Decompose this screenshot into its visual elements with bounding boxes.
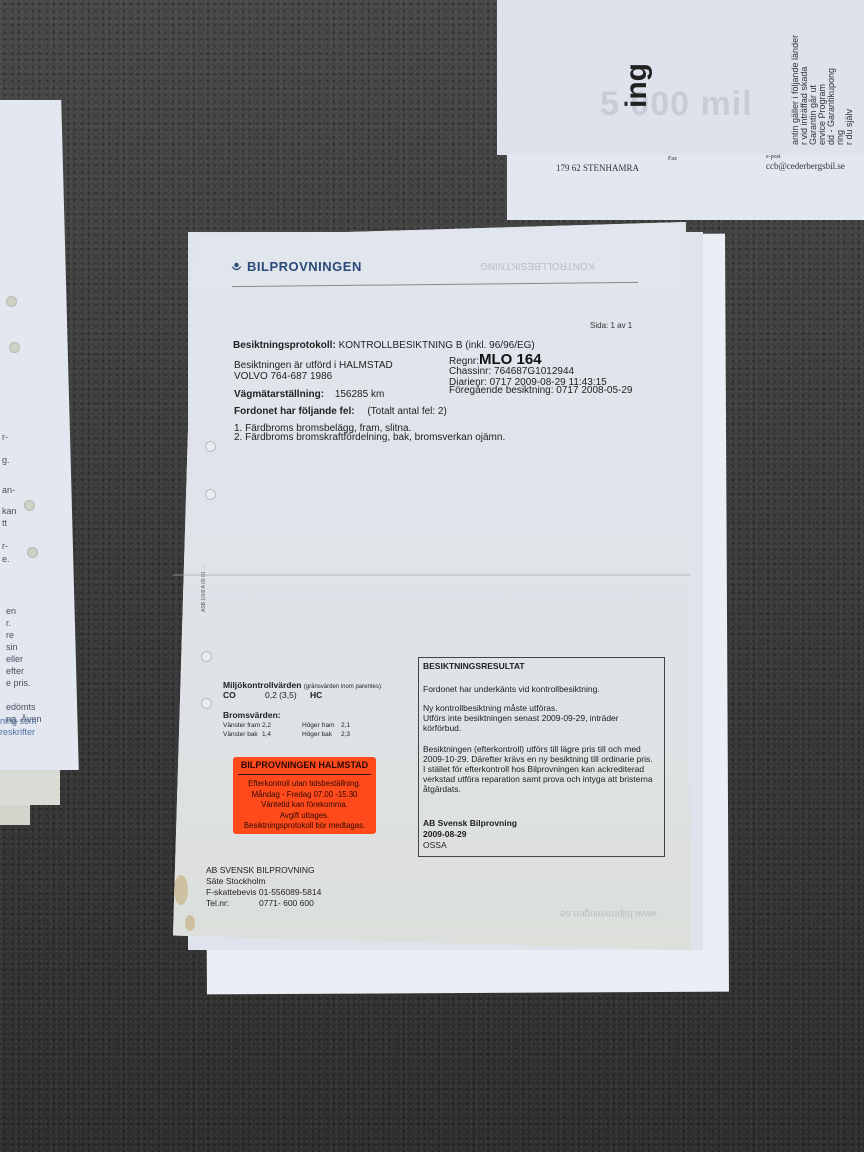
paper-fold xyxy=(173,574,691,576)
brake-right-rear-value: 2,3 xyxy=(341,731,350,738)
co-label: CO xyxy=(223,690,236,700)
result-title: BESIKTNINGSRESULTAT xyxy=(423,661,525,671)
fax-label: Fax xyxy=(668,156,677,162)
left-sheet-fragment: re xyxy=(6,630,14,641)
hc-label: HC xyxy=(310,690,322,700)
result-line: Utförs inte besiktningen senast 2009-09-… xyxy=(423,713,619,723)
brake-left-rear-value: 1,4 xyxy=(262,731,271,738)
punch-hole xyxy=(9,342,20,353)
left-sheet-fragment: sin xyxy=(6,642,18,653)
left-sheet-fragment: ning som xyxy=(0,716,37,727)
left-sheet-fragment: efter xyxy=(6,666,24,677)
orange-notice-sticker: BILPROVNINGEN HALMSTAD Efterkontroll uta… xyxy=(233,757,376,834)
odometer-value: 156285 km xyxy=(335,389,384,400)
protocol-label: Besiktningsprotokoll: xyxy=(233,340,336,351)
paper-stain xyxy=(185,915,195,931)
punch-hole xyxy=(27,547,38,558)
left-sheet-fragment: edömts xyxy=(6,702,36,713)
left-sheet-fragment: e pris. xyxy=(6,678,31,689)
footer-company: AB SVENSK BILPROVNING xyxy=(206,865,315,875)
notice-line: Måndag - Fredag 07.00 -15.30 xyxy=(233,790,376,801)
address-text: 179 62 STENHAMRA xyxy=(556,163,639,173)
paper-stain xyxy=(174,875,188,905)
result-line: verkstad utföra reparation samt prova oc… xyxy=(423,774,653,784)
notice-line: Besiktningsprotokoll bör medtagas. xyxy=(233,821,376,832)
left-sheet-fragment: r- xyxy=(2,432,8,443)
footer-tel-value: 0771- 600 600 xyxy=(259,898,314,908)
result-status: Fordonet har underkänts vid kontrollbesi… xyxy=(423,684,600,694)
result-line: Ny kontrollbesiktning måste utföras. xyxy=(423,703,558,713)
result-signer: AB Svensk Bilprovning xyxy=(423,818,517,828)
result-line: åtgärdats. xyxy=(423,784,461,794)
inspection-location: Besiktningen är utförd i HALMSTAD xyxy=(234,360,393,371)
faults-total: (Totalt antal fel: 2) xyxy=(367,406,446,417)
result-line: 2009-10-29. Därefter krävs en ny besiktn… xyxy=(423,754,653,764)
left-sheet-fragment: e. xyxy=(2,554,10,565)
punch-hole xyxy=(205,441,216,452)
email-label: e-post xyxy=(766,154,781,160)
left-sheet-fragment: tt xyxy=(2,518,7,529)
left-sheet-fragment: eller xyxy=(6,654,23,665)
brake-right-front-value: 2,1 xyxy=(341,722,350,729)
punch-hole xyxy=(205,489,216,500)
left-sheet-fragment: g. xyxy=(2,455,10,466)
left-sheet-fragment: kan xyxy=(2,506,17,517)
left-sheet-fragment: r. xyxy=(6,618,11,629)
punch-hole xyxy=(24,500,35,511)
co-value: 0,2 (3,5) xyxy=(265,690,297,700)
notice-title: BILPROVNINGEN HALMSTAD xyxy=(233,760,376,770)
brake-left-front-value: 2,2 xyxy=(262,722,271,729)
result-line: Besiktningen (efterkontroll) utförs till… xyxy=(423,744,641,754)
inspection-result-box: BESIKTNINGSRESULTAT Fordonet har underkä… xyxy=(418,657,665,857)
punch-hole xyxy=(6,296,17,307)
punch-hole xyxy=(201,698,212,709)
notice-line: Avgift uttages. xyxy=(233,811,376,822)
vertical-word: ing xyxy=(620,63,654,108)
fault-item: 2. Färdbroms bromskraftfördelning, bak, … xyxy=(234,432,505,443)
notice-divider xyxy=(238,774,371,775)
notice-body: Efterkontroll utan tidsbeställning. Månd… xyxy=(233,779,376,832)
left-sheet-fragment: en xyxy=(6,606,16,617)
side-text-line: r du själv xyxy=(844,109,854,145)
brake-right-rear-label: Höger bak xyxy=(302,731,332,738)
result-line: I stället för efterkontroll hos Bilprovn… xyxy=(423,764,644,774)
brakes-label: Bromsvärden: xyxy=(223,710,281,720)
left-sheet-fragment: reskrifter xyxy=(0,727,35,738)
odometer-label: Vägmätarställning: xyxy=(234,389,324,400)
punch-hole xyxy=(201,651,212,662)
result-date: 2009-08-29 xyxy=(423,829,466,839)
notice-line: Efterkontroll utan tidsbeställning. xyxy=(233,779,376,790)
email-text: ccb@cederbergsbil.se xyxy=(766,161,845,171)
form-code: ASB 1009 A 09 01 ... xyxy=(201,566,207,612)
chassis-number: Chassinr: 764687G1012944 xyxy=(449,366,574,377)
brand-logo: BILPROVNINGEN xyxy=(247,259,362,274)
previous-inspection: Föregående besiktning: 0717 2008-05-29 xyxy=(449,385,632,396)
left-sheet-fragment: an- xyxy=(2,485,15,496)
brake-left-rear-label: Vänster bak xyxy=(223,731,258,738)
footer-seat: Säte Stockholm xyxy=(206,876,266,886)
left-sheet-fragment: r- xyxy=(2,541,8,552)
footer-tax-id: F-skattebevis 01-556089-5814 xyxy=(206,887,321,897)
watermark-top: KONTROLLBESIKTNING xyxy=(480,260,594,271)
footer-tel-label: Tel.nr: xyxy=(206,898,229,908)
page-indicator: Sida: 1 av 1 xyxy=(590,321,632,330)
protocol-type: KONTROLLBESIKTNING B (inkl. 96/96/EG) xyxy=(339,340,535,351)
result-line: körförbud. xyxy=(423,723,461,733)
brake-right-front-label: Höger fram xyxy=(302,722,335,729)
watermark-bottom: www.bilprovningen.se xyxy=(560,908,657,919)
brake-left-front-label: Vänster fram xyxy=(223,722,260,729)
bilprovningen-logo-icon xyxy=(231,262,242,272)
vehicle-model: VOLVO 764-687 1986 xyxy=(234,371,332,382)
emissions-label: Miljökontrollvärden xyxy=(223,680,301,690)
result-code: OSSA xyxy=(423,840,447,850)
notice-line: Väntetid kan förekomma. xyxy=(233,800,376,811)
faults-label: Fordonet har följande fel: xyxy=(234,406,355,417)
